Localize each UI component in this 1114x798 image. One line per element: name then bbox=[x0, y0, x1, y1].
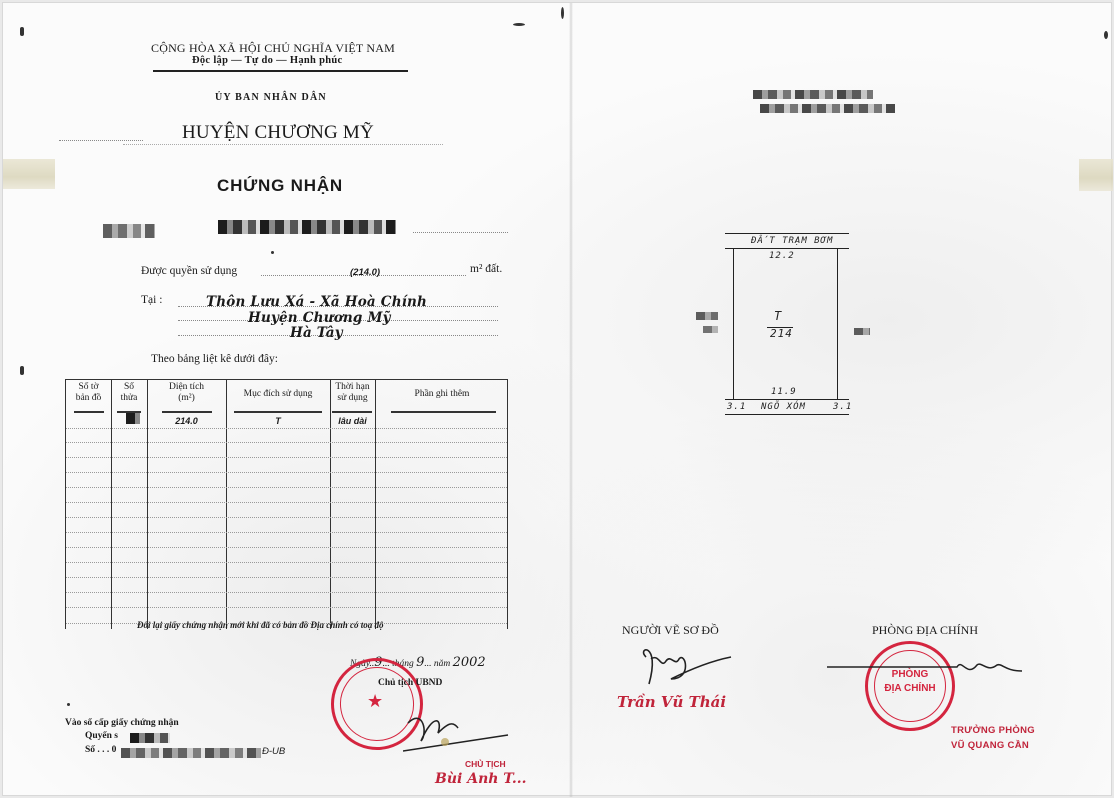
speck bbox=[20, 27, 24, 36]
diagram-line bbox=[725, 248, 849, 249]
fraction-line bbox=[767, 327, 793, 328]
redacted-parcel-no bbox=[126, 413, 140, 424]
signer-role-stamp: CHỦ TỊCH bbox=[465, 759, 506, 769]
registry-label: Vào sổ cấp giấy chứng nhận bbox=[65, 718, 179, 728]
signer-name: Bùi Anh T... bbox=[435, 771, 527, 787]
south-neighbor: NGÕ XÓM bbox=[761, 402, 806, 412]
nation-header: CỘNG HÒA XÃ HỘI CHỦ NGHĨA VIỆT NAM bbox=[151, 41, 395, 56]
drawer-title: NGƯỜI VẼ SƠ ĐỒ bbox=[622, 623, 719, 638]
land-area-unit: m² đất. bbox=[470, 263, 502, 275]
row-rule bbox=[66, 607, 507, 608]
row-rule bbox=[66, 442, 507, 443]
north-neighbor: ĐẤT TRẠM BƠM bbox=[751, 236, 833, 246]
row-rule bbox=[66, 502, 507, 503]
redacted-holder-name-part1 bbox=[103, 224, 155, 238]
cell-area: 214.0 bbox=[147, 416, 226, 426]
land-use-label: Được quyền sử dụng bbox=[141, 265, 237, 277]
plot-area: 214 bbox=[770, 327, 793, 340]
office-head-role: TRƯỞNG PHÒNG bbox=[951, 725, 1035, 736]
location-line-3: Hà Tây bbox=[290, 325, 343, 341]
stray-line bbox=[59, 140, 143, 141]
date-year-label: năm bbox=[434, 659, 450, 669]
district-name: HUYỆN CHƯƠNG MỸ bbox=[182, 122, 374, 144]
speck bbox=[67, 703, 70, 706]
header-parcel-no: Số thửa bbox=[111, 382, 147, 404]
header-text: Mục đích sử dụng bbox=[226, 389, 330, 400]
row-rule bbox=[66, 547, 507, 548]
header-text: Số tờ bbox=[66, 382, 111, 393]
speck bbox=[271, 251, 274, 254]
header-notes: Phần ghi thêm bbox=[375, 389, 509, 400]
speck bbox=[1104, 31, 1108, 39]
header-underline bbox=[391, 411, 496, 413]
header-text: thửa bbox=[111, 393, 147, 404]
holder-dotted-line bbox=[413, 232, 508, 233]
redacted-top-line-1 bbox=[753, 90, 873, 99]
speck bbox=[561, 7, 564, 19]
diagram-line bbox=[725, 399, 849, 400]
certificate-sheet: CỘNG HÒA XÃ HỘI CHỦ NGHĨA VIỆT NAM Độc l… bbox=[2, 2, 1112, 796]
date-month: 9 bbox=[416, 655, 424, 670]
diagram-line bbox=[725, 414, 849, 415]
row-rule bbox=[66, 562, 507, 563]
header-underline bbox=[332, 411, 372, 413]
header-underline bbox=[234, 411, 322, 413]
plot-diagram: ĐẤT TRẠM BƠM 12.2 T 214 11.9 3.1 NGÕ XÓM… bbox=[725, 233, 849, 415]
table-footnote: Đổi lại giấy chứng nhận mới khi đã có bả… bbox=[137, 620, 384, 630]
redacted-holder-name-part2 bbox=[218, 220, 396, 234]
row-rule bbox=[66, 517, 507, 518]
registry-number-suffix: Đ-UB bbox=[262, 746, 285, 757]
registry-number-label: Số . . . 0 bbox=[85, 745, 116, 755]
emblem-star-icon: ★ bbox=[367, 691, 383, 712]
header-underline bbox=[162, 411, 212, 413]
row-rule bbox=[66, 428, 507, 429]
header-text: bản đồ bbox=[66, 393, 111, 404]
row-rule bbox=[66, 487, 507, 488]
diagram-line bbox=[837, 248, 838, 400]
tape-left bbox=[3, 159, 55, 189]
drawer-name: Trần Vũ Thái bbox=[617, 693, 726, 711]
speck bbox=[20, 366, 24, 375]
header-text: Thời hạn bbox=[330, 382, 375, 393]
land-type: T bbox=[774, 309, 782, 323]
stain bbox=[441, 738, 449, 746]
redacted-top-line-2 bbox=[760, 104, 895, 113]
redacted-east-neighbor bbox=[854, 328, 870, 335]
bottom-length: 11.9 bbox=[771, 387, 797, 397]
left-offset: 3.1 bbox=[727, 402, 746, 412]
registry-book-label: Quyển s bbox=[85, 731, 118, 741]
chairman-signature-icon bbox=[403, 703, 513, 753]
row-rule bbox=[66, 592, 507, 593]
location-line-2: Huyện Chương Mỹ bbox=[248, 310, 391, 326]
diagram-line bbox=[733, 248, 734, 400]
redacted-book bbox=[130, 733, 170, 743]
header-underline bbox=[74, 411, 104, 413]
committee-name: ỦY BAN NHÂN DÂN bbox=[215, 92, 327, 103]
header-map-sheet: Số tờ bản đồ bbox=[66, 382, 111, 404]
redacted-west-neighbor-2 bbox=[703, 326, 718, 333]
page-fold bbox=[569, 3, 573, 797]
row-rule bbox=[66, 472, 507, 473]
redacted-number bbox=[121, 748, 261, 758]
row-rule bbox=[66, 457, 507, 458]
district-underline bbox=[123, 144, 443, 145]
signer-title: Chủ tịch UBND bbox=[378, 678, 442, 688]
cell-term: lâu dài bbox=[330, 416, 375, 426]
date-year: 2002 bbox=[453, 655, 486, 670]
office-signature-icon bbox=[827, 653, 1027, 683]
office-head-name: VŨ QUANG CẦN bbox=[951, 740, 1029, 751]
header-text: sử dụng bbox=[330, 393, 375, 404]
tape-right bbox=[1079, 159, 1113, 191]
header-term: Thời hạn sử dụng bbox=[330, 382, 375, 404]
row-rule bbox=[66, 532, 507, 533]
location-label: Tại : bbox=[141, 294, 162, 306]
drawer-signature-icon bbox=[631, 639, 741, 689]
certificate-title: CHỨNG NHẬN bbox=[217, 176, 343, 196]
office-title: PHÒNG ĐỊA CHÍNH bbox=[872, 623, 978, 638]
header-rule bbox=[153, 70, 408, 72]
redacted-west-neighbor bbox=[696, 312, 718, 320]
land-area-value: (214.0) bbox=[350, 267, 380, 278]
top-length: 12.2 bbox=[769, 251, 795, 261]
location-line-1: Thôn Lưu Xá - Xã Hoà Chính bbox=[206, 294, 427, 310]
header-text: (m²) bbox=[147, 393, 226, 404]
national-motto: Độc lập — Tự do — Hạnh phúc bbox=[192, 55, 342, 66]
land-parcel-table: Số tờ bản đồ Số thửa Diện tích (m²) Mục … bbox=[65, 379, 508, 629]
header-text: Số bbox=[111, 382, 147, 393]
office-stamp-line-2: ĐỊA CHÍNH bbox=[871, 683, 949, 694]
header-purpose: Mục đích sử dụng bbox=[226, 389, 330, 400]
header-text: Diện tích bbox=[147, 382, 226, 393]
cell-purpose: T bbox=[226, 416, 330, 426]
list-intro: Theo bảng liệt kê dưới đây: bbox=[151, 353, 278, 365]
right-offset: 3.1 bbox=[833, 402, 852, 412]
header-text: Phần ghi thêm bbox=[375, 389, 509, 400]
speck bbox=[513, 23, 525, 26]
diagram-line bbox=[725, 233, 849, 234]
header-area: Diện tích (m²) bbox=[147, 382, 226, 404]
row-rule bbox=[66, 577, 507, 578]
